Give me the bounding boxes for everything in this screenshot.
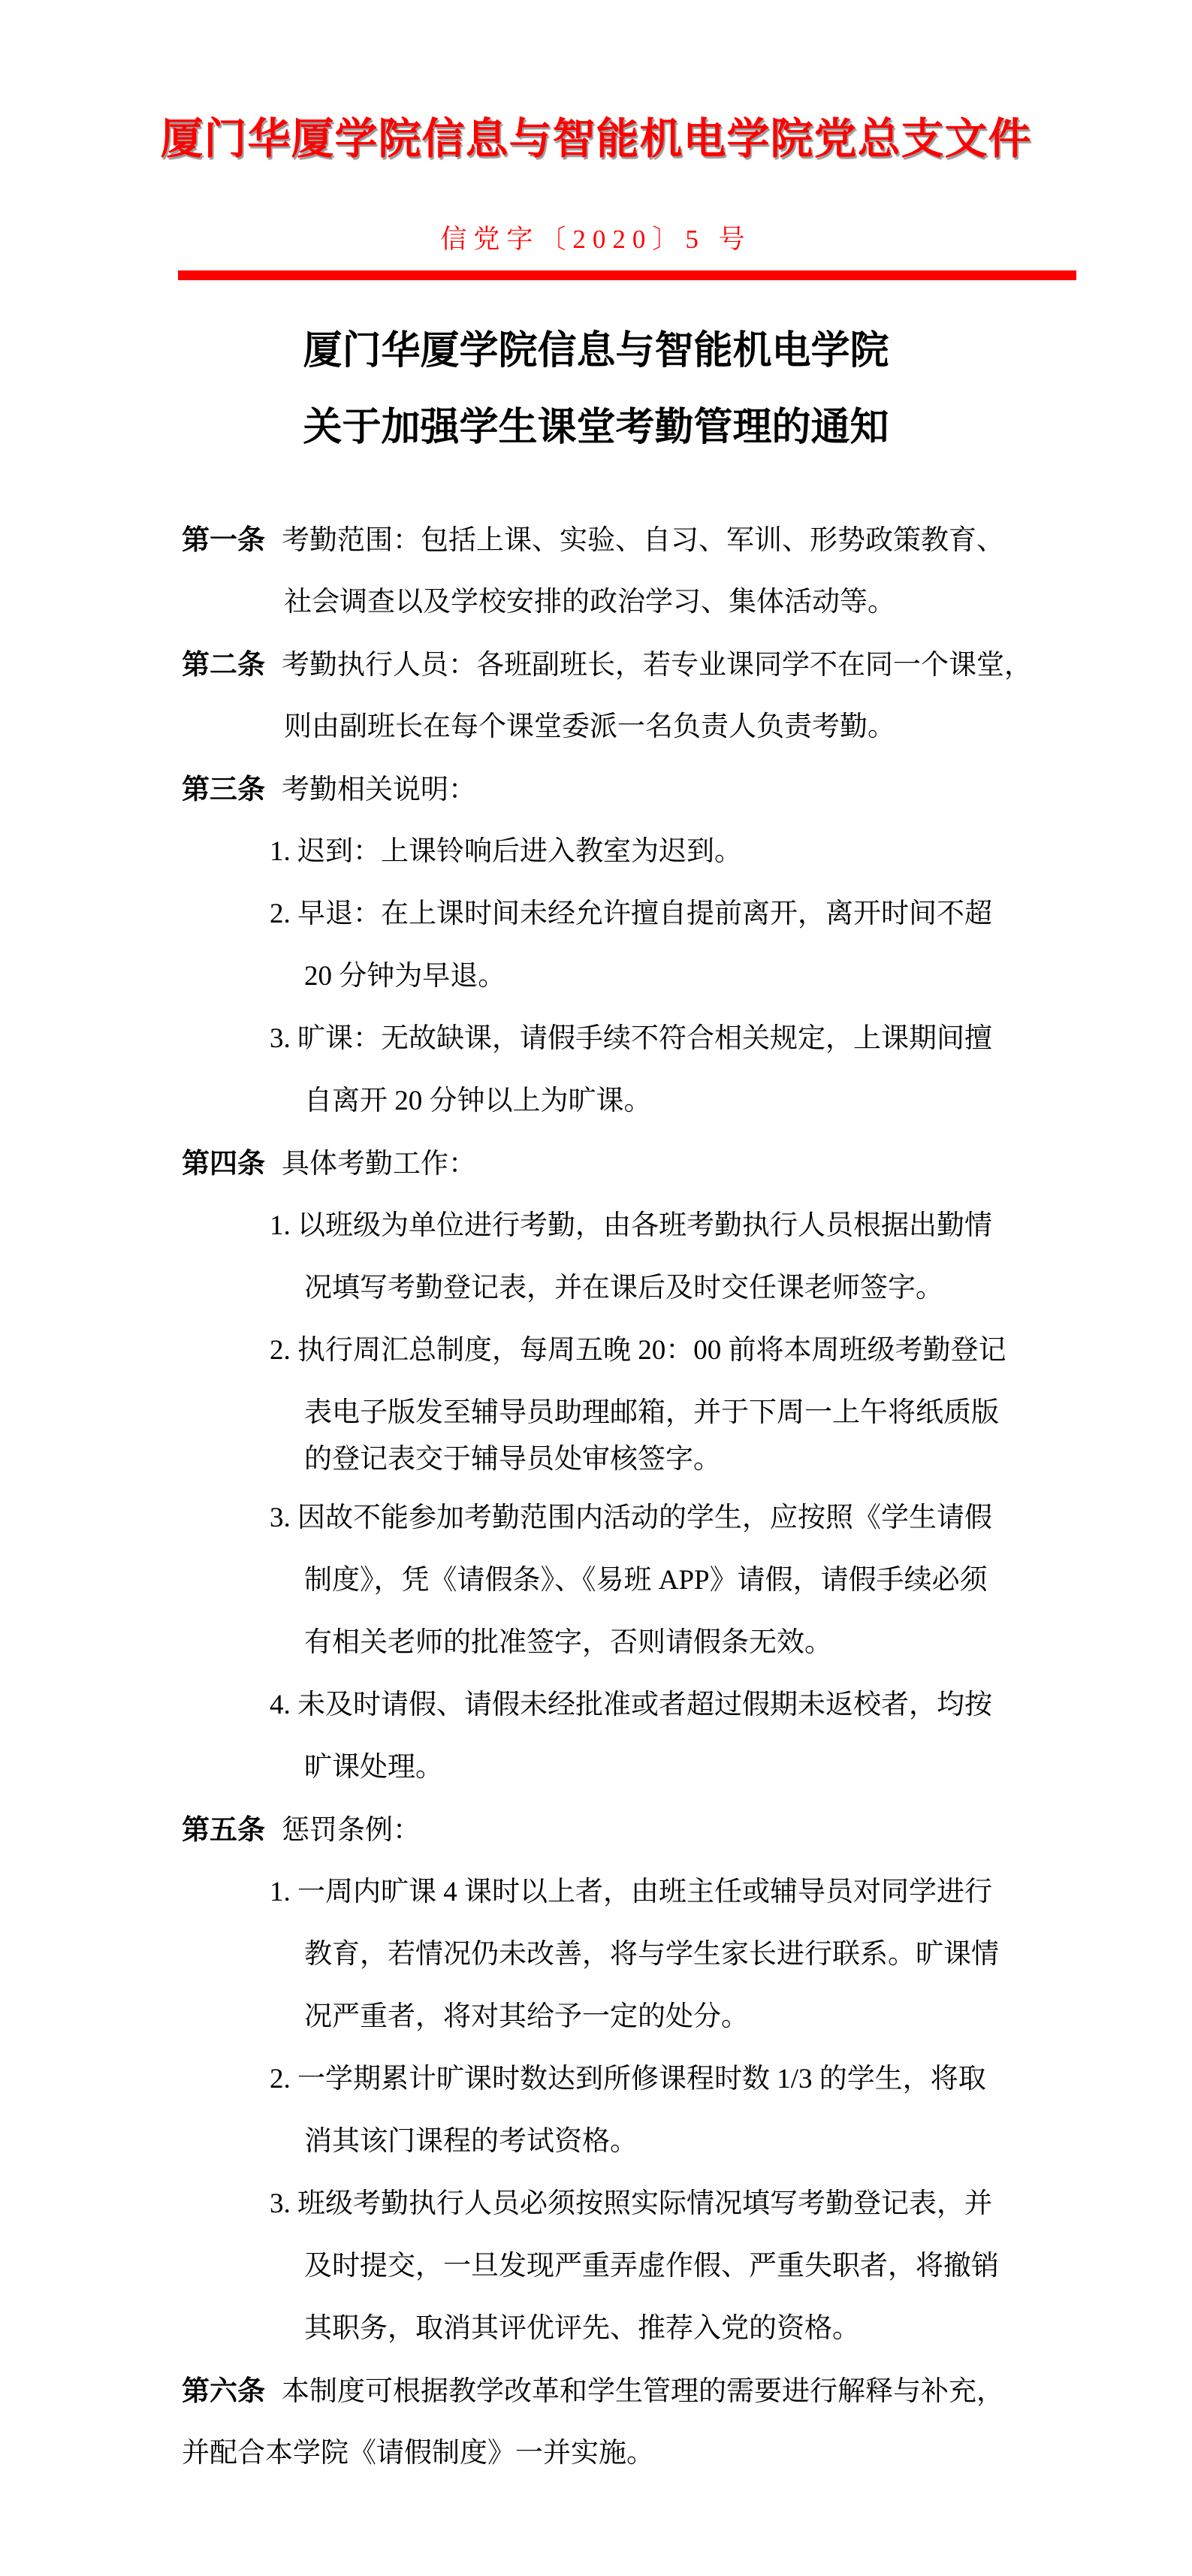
doc-line: 3. 班级考勤执行人员必须按照实际情况填写考勤登记表，并 <box>182 2173 1031 2235</box>
article-text: 惩罚条例： <box>282 1815 421 1846</box>
article-text: 考勤相关说明： <box>282 775 476 805</box>
article-label: 第一条 <box>182 524 265 555</box>
article-text: 考勤范围：包括上课、实验、自习、军训、形势政策教育、 <box>282 525 1004 556</box>
article-text: 考勤执行人员：各班副班长，若专业课同学不在同一个课堂， <box>282 650 1032 681</box>
notice-body: 第一条考勤范围：包括上课、实验、自习、军训、形势政策教育、社会调查以及学校安排的… <box>182 509 1031 2484</box>
doc-line: 则由副班长在每个课堂委派一名负责人负责考勤。 <box>182 696 1031 758</box>
doc-line: 教育，若情况仍未改善，将与学生家长进行联系。旷课情 <box>182 1923 1031 1986</box>
article-line: 第六条本制度可根据教学改革和学生管理的需要进行解释与补充， <box>182 2360 1031 2422</box>
doc-line: 1. 迟到：上课铃响后进入教室为迟到。 <box>182 820 1031 883</box>
article-label: 第五条 <box>182 1814 265 1845</box>
doc-line: 3. 旷课：无故缺课，请假手续不符合相关规定，上课期间擅 <box>182 1007 1031 1070</box>
document-page: 厦门华厦学院信息与智能机电学院党总支文件 信党字〔2020〕5 号 厦门华厦学院… <box>0 0 1192 2576</box>
article-line: 第一条考勤范围：包括上课、实验、自习、军训、形势政策教育、 <box>182 509 1031 571</box>
article-line: 第二条考勤执行人员：各班副班长，若专业课同学不在同一个课堂， <box>182 633 1031 696</box>
doc-line: 社会调查以及学校安排的政治学习、集体活动等。 <box>182 571 1031 633</box>
doc-line: 表电子版发至辅导员助理邮箱，并于下周一上午将纸质版 <box>182 1382 1031 1444</box>
doc-line: 4. 未及时请假、请假未经批准或者超过假期未返校者，均按 <box>182 1674 1031 1736</box>
doc-line: 旷课处理。 <box>182 1736 1031 1798</box>
notice-title-line1: 厦门华厦学院信息与智能机电学院 <box>0 329 1192 374</box>
notice-title-line2: 关于加强学生课堂考勤管理的通知 <box>0 406 1192 451</box>
red-divider-bar <box>178 270 1076 280</box>
doc-line: 况严重者，将对其给予一定的处分。 <box>182 1986 1031 2048</box>
doc-line: 2. 早退：在上课时间未经允许擅自提前离开，离开时间不超 <box>182 883 1031 945</box>
doc-line: 2. 一学期累计旷课时数达到所修课程时数 1/3 的学生，将取 <box>182 2048 1031 2110</box>
article-text: 本制度可根据教学改革和学生管理的需要进行解释与补充， <box>282 2376 1004 2407</box>
doc-line: 并配合本学院《请假制度》一并实施。 <box>182 2422 1031 2484</box>
doc-line: 1. 一周内旷课 4 课时以上者，由班主任或辅导员对同学进行 <box>182 1861 1031 1923</box>
article-label: 第四条 <box>182 1148 265 1179</box>
doc-line: 有相关老师的批准签字，否则请假条无效。 <box>182 1611 1031 1674</box>
doc-line: 3. 因故不能参加考勤范围内活动的学生，应按照《学生请假 <box>182 1487 1031 1549</box>
doc-line: 其职务，取消其评优评先、推荐入党的资格。 <box>182 2297 1031 2360</box>
article-line: 第三条考勤相关说明： <box>182 758 1031 820</box>
article-line: 第四条具体考勤工作： <box>182 1132 1031 1194</box>
article-label: 第三条 <box>182 774 265 805</box>
doc-line: 况填写考勤登记表，并在课后及时交任课老师签字。 <box>182 1257 1031 1319</box>
party-branch-banner-title: 厦门华厦学院信息与智能机电学院党总支文件 <box>0 113 1192 166</box>
doc-line: 自离开 20 分钟以上为旷课。 <box>182 1070 1031 1132</box>
article-line: 第五条惩罚条例： <box>182 1798 1031 1861</box>
doc-line: 消其该门课程的考试资格。 <box>182 2110 1031 2173</box>
doc-line: 制度》，凭《请假条》、《易班 APP》请假，请假手续必须 <box>182 1549 1031 1611</box>
doc-line: 2. 执行周汇总制度，每周五晚 20：00 前将本周班级考勤登记 <box>182 1319 1031 1382</box>
doc-line: 20 分钟为早退。 <box>182 945 1031 1007</box>
doc-line: 及时提交，一旦发现严重弄虚作假、严重失职者，将撤销 <box>182 2235 1031 2297</box>
doc-line: 的登记表交于辅导员处审核签字。 <box>182 1444 1031 1487</box>
article-label: 第二条 <box>182 649 265 680</box>
doc-line: 1. 以班级为单位进行考勤，由各班考勤执行人员根据出勤情 <box>182 1194 1031 1257</box>
article-text: 具体考勤工作： <box>282 1149 476 1179</box>
document-number: 信党字〔2020〕5 号 <box>0 222 1192 257</box>
article-label: 第六条 <box>182 2375 265 2406</box>
